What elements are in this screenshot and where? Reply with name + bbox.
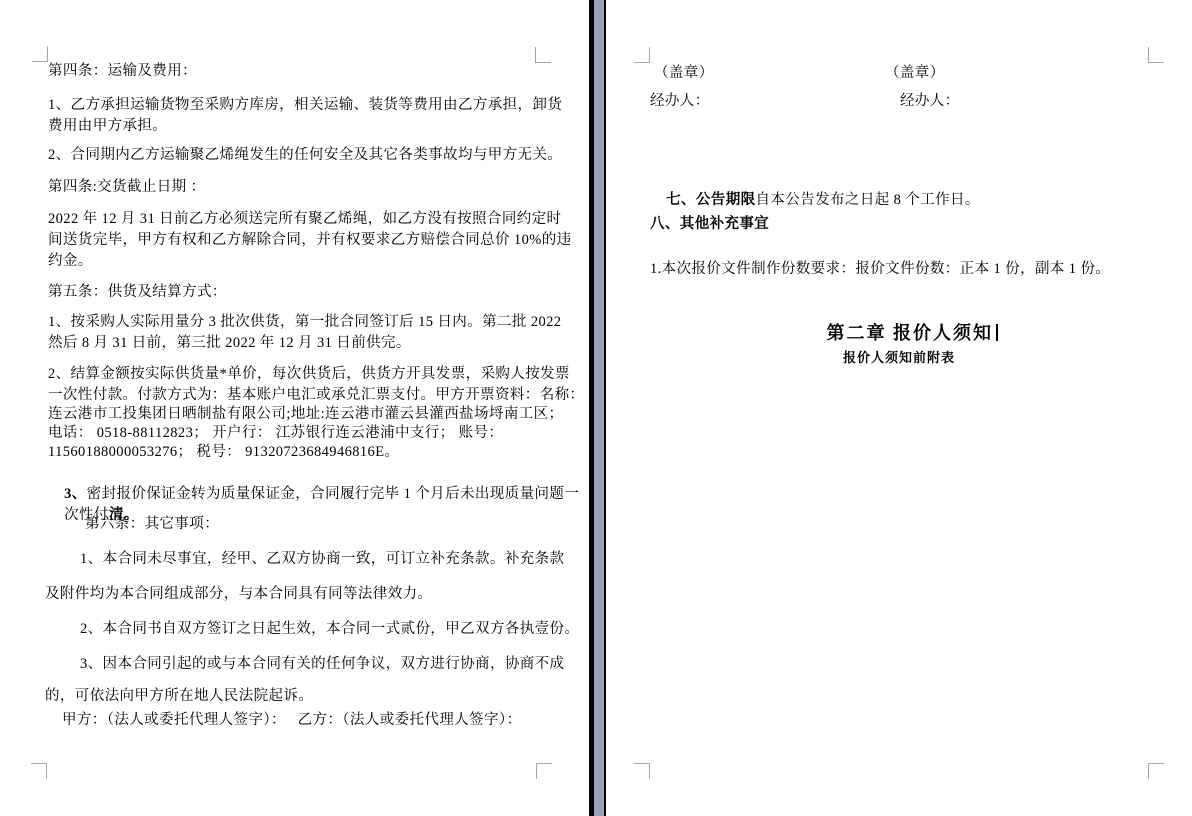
handler-label-party-b: 经办人： bbox=[900, 92, 960, 110]
margin-crop-mark-top-right bbox=[535, 47, 551, 63]
stamp-label-party-b: （盖章） bbox=[885, 64, 945, 82]
contract-line: 2、本合同书自双方签订之日起生效，本合同一式贰份，甲乙双方各执壹份。 bbox=[80, 620, 579, 638]
page-divider bbox=[589, 0, 606, 816]
contract-line: 2、合同期内乙方运输聚乙烯绳发生的任何安全及其它各类事故均与甲方无关。 bbox=[48, 146, 562, 164]
margin-crop-mark-top-left bbox=[32, 46, 48, 62]
contract-line: 第四条：运输及费用： bbox=[48, 62, 197, 80]
contract-line: 的，可依法向甲方所在地人民法院起诉。 bbox=[45, 687, 313, 705]
contract-line: 1、乙方承担运输货物至采购方库房，相关运输、装货等费用由乙方承担，卸货 bbox=[48, 96, 562, 114]
contract-line: 然后 8 月 31 日前，第三批 2022 年 12 月 31 日前供完。 bbox=[48, 334, 411, 352]
contract-line: 电话： 0518-88112823； 开户行： 江苏银行连云港浦中支行； 账号： bbox=[48, 424, 503, 442]
contract-line: 第五条：供货及结算方式： bbox=[48, 283, 227, 301]
contract-line: 第六条：其它事项： bbox=[85, 515, 219, 533]
document-page-right[interactable]: （盖章） （盖章） 经办人： 经办人： 七、公告期限自本公告发布之日起 8 个工… bbox=[606, 0, 1192, 816]
contract-line: 约金。 bbox=[48, 252, 93, 270]
contract-line: 2022 年 12 月 31 日前乙方必须送完所有聚乙烯绳，如乙方没有按照合同约… bbox=[48, 210, 561, 228]
contract-line: 11560188000053276； 税号： 91320723684946816… bbox=[48, 443, 399, 461]
section-8-item-1: 1.本次报价文件制作份数要求：报价文件份数：正本 1 份，副本 1 份。 bbox=[650, 260, 1110, 278]
contract-line: 1、本合同未尽事宜，经甲、乙双方协商一致，可订立补充条款。补充条款 bbox=[80, 550, 564, 568]
contract-line: 间送货完毕，甲方有权和乙方解除合同，并有权要求乙方赔偿合同总价 10%的违 bbox=[48, 231, 572, 249]
chapter-title-text: 第二章 报价人须知 bbox=[827, 323, 994, 343]
contract-line: 一次性付款。付款方式为：基本账户电汇或承兑汇票支付。甲方开票资料：名称： bbox=[48, 386, 584, 404]
section-8-heading: 八、其他补充事宜 bbox=[650, 215, 769, 233]
contract-line-signatures: 甲方：（法人或委托代理人签字）： 乙方：（法人或委托代理人签字）： bbox=[62, 711, 521, 729]
margin-crop-mark-bottom-right bbox=[536, 763, 552, 779]
contract-line: 连云港市工投集团日晒制盐有限公司;地址:连云港市灌云县灌西盐场埒南工区； bbox=[48, 405, 563, 423]
document-page-left[interactable]: 第四条：运输及费用： 1、乙方承担运输货物至采购方库房，相关运输、装货等费用由乙… bbox=[0, 0, 589, 816]
chapter-subtitle: 报价人须知前附表 bbox=[606, 347, 1192, 366]
handler-label-party-a: 经办人： bbox=[650, 92, 710, 110]
margin-crop-mark-bottom-left bbox=[31, 763, 47, 779]
text-cursor bbox=[996, 324, 998, 341]
contract-line: 及附件均为本合同组成部分，与本合同具有同等法律效力。 bbox=[45, 585, 432, 603]
margin-crop-mark-bottom-left bbox=[634, 763, 650, 779]
contract-line: 2、结算金额按实际供货量*单价，每次供货后，供货方开具发票，采购人按发票 bbox=[48, 365, 570, 383]
clause3-text: 密封报价保证金转为质量保证金，合同履行完毕 1 个月后未出现质量问题一 bbox=[87, 486, 580, 502]
contract-line: 3、因本合同引起的或与本合同有关的任何争议，双方进行协商，协商不成 bbox=[80, 655, 564, 673]
section-7-heading: 七、公告期限 bbox=[666, 192, 755, 208]
section-7-text: 自本公告发布之日起 8 个工作日。 bbox=[756, 192, 980, 208]
stamp-label-party-a: （盖章） bbox=[654, 64, 714, 82]
contract-line: 1、按采购人实际用量分 3 批次供货，第一批合同签订后 15 日内。第二批 20… bbox=[48, 313, 561, 331]
contract-line: 第四条:交货截止日期 ： bbox=[48, 178, 205, 196]
margin-crop-mark-bottom-right bbox=[1148, 763, 1164, 779]
contract-line: 费用由甲方承担。 bbox=[48, 117, 167, 135]
margin-crop-mark-top-left bbox=[634, 47, 650, 63]
margin-crop-mark-top-right bbox=[1148, 47, 1164, 63]
